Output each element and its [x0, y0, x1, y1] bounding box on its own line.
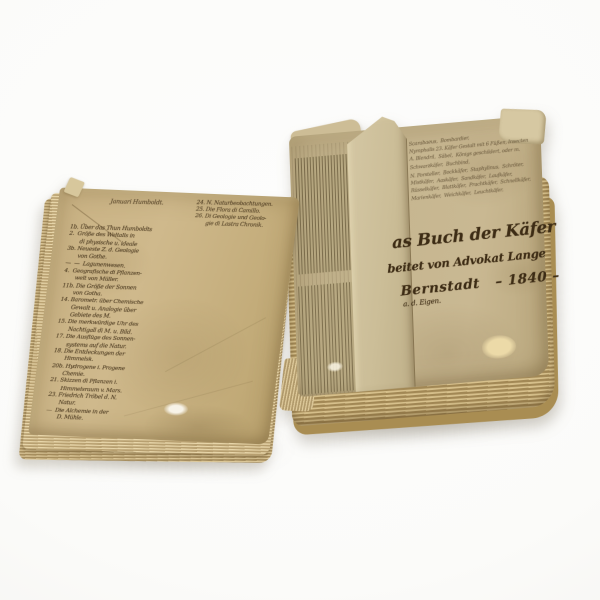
right-book-title-block: as Buch der Käfer beitet von Advokat Lan… — [386, 218, 545, 310]
right-manuscript-book: Scarabaeus, Bombardier,Nymphalis 23. Käf… — [289, 115, 549, 397]
left-book-damage-spot — [163, 402, 189, 416]
cover-crease — [124, 381, 253, 417]
photograph-of-manuscripts: Scarabaeus, Bombardier,Nymphalis 23. Käf… — [0, 0, 600, 600]
left-book-index-right-column: 24. N. Naturbeobachtungen.25. Die Flora … — [194, 200, 273, 230]
right-book-cover: Scarabaeus, Bombardier,Nymphalis 23. Käf… — [289, 115, 549, 397]
right-book-fold-pleats-lower — [298, 282, 360, 395]
right-book-top-notes: Scarabaeus, Bombardier,Nymphalis 23. Käf… — [409, 128, 543, 204]
left-book-header-line: Januari Humboldt. — [110, 198, 164, 206]
book-title-text: as Buch der Käfer — [392, 218, 542, 252]
left-manuscript-book: Januari Humboldt. 24. N. Naturbeobachtun… — [28, 188, 300, 445]
right-book-damage-spot — [482, 334, 517, 360]
right-book-fold-pleats-upper — [295, 154, 355, 275]
left-book-cover: Januari Humboldt. 24. N. Naturbeobachtun… — [28, 188, 300, 445]
cover-crease — [165, 317, 266, 372]
